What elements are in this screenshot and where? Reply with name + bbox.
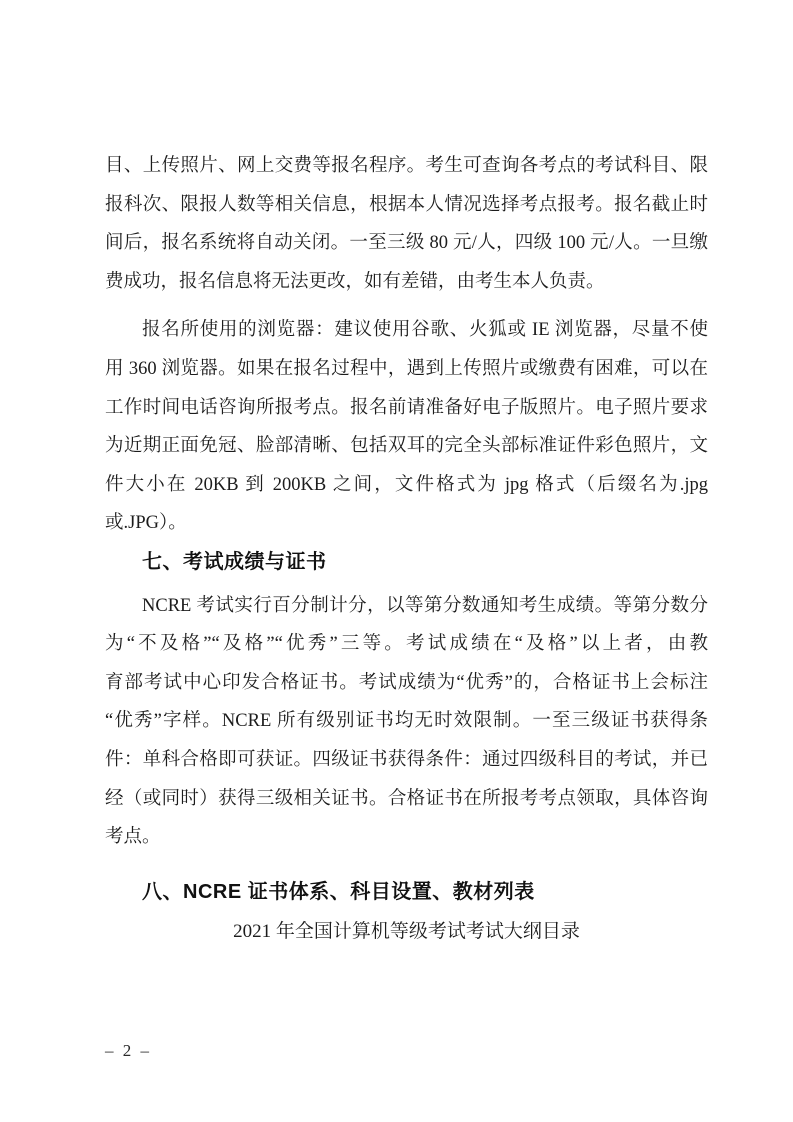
document-page: 目、上传照片、网上交费等报名程序。考生可查询各考点的考试科目、限 报科次、限报人… [0, 0, 793, 1122]
text-line: 考点。 [105, 818, 708, 857]
section-heading-8: 八、NCRE 证书体系、科目设置、教材列表 [105, 873, 708, 912]
text-line: 经（或同时）获得三级相关证书。合格证书在所报考考点领取，具体咨询 [105, 780, 708, 819]
paragraph-browser-and-photo: 报名所使用的浏览器：建议使用谷歌、火狐或 IE 浏览器，尽量不使 用 360 浏… [105, 311, 708, 543]
text-line: 为“不及格”“及格”“优秀”三等。考试成绩在“及格”以上者，由教 [105, 625, 708, 664]
text-line: 工作时间电话咨询所报考点。报名前请准备好电子版照片。电子照片要求 [105, 389, 708, 428]
document-content: 目、上传照片、网上交费等报名程序。考生可查询各考点的考试科目、限 报科次、限报人… [105, 147, 708, 952]
section-heading-7: 七、考试成绩与证书 [105, 543, 708, 582]
catalog-title: 2021 年全国计算机等级考试考试大纲目录 [105, 913, 708, 952]
paragraph-registration-procedure: 目、上传照片、网上交费等报名程序。考生可查询各考点的考试科目、限 报科次、限报人… [105, 147, 708, 301]
text-line: 或.JPG）。 [105, 504, 708, 543]
text-line: NCRE 考试实行百分制计分，以等第分数通知考生成绩。等第分数分 [105, 587, 708, 626]
text-line: 件大小在 20KB 到 200KB 之间，文件格式为 jpg 格式（后缀名为.j… [105, 466, 708, 505]
text-line: 育部考试中心印发合格证书。考试成绩为“优秀”的，合格证书上会标注 [105, 664, 708, 703]
text-line: 用 360 浏览器。如果在报名过程中，遇到上传照片或缴费有困难，可以在 [105, 350, 708, 389]
text-line: 费成功，报名信息将无法更改，如有差错，由考生本人负责。 [105, 263, 708, 302]
text-line: 为近期正面免冠、脸部清晰、包括双耳的完全头部标准证件彩色照片，文 [105, 427, 708, 466]
text-line: 报科次、限报人数等相关信息，根据本人情况选择考点报考。报名截止时 [105, 186, 708, 225]
text-line: “优秀”字样。NCRE 所有级别证书均无时效限制。一至三级证书获得条 [105, 702, 708, 741]
text-line: 报名所使用的浏览器：建议使用谷歌、火狐或 IE 浏览器，尽量不使 [105, 311, 708, 350]
text-line: 件：单科合格即可获证。四级证书获得条件：通过四级科目的考试，并已 [105, 741, 708, 780]
text-line: 间后，报名系统将自动关闭。一至三级 80 元/人，四级 100 元/人。一旦缴 [105, 224, 708, 263]
paragraph-scores-and-certificates: NCRE 考试实行百分制计分，以等第分数通知考生成绩。等第分数分 为“不及格”“… [105, 587, 708, 857]
text-line: 目、上传照片、网上交费等报名程序。考生可查询各考点的考试科目、限 [105, 147, 708, 186]
page-number: – 2 – [105, 1041, 149, 1061]
